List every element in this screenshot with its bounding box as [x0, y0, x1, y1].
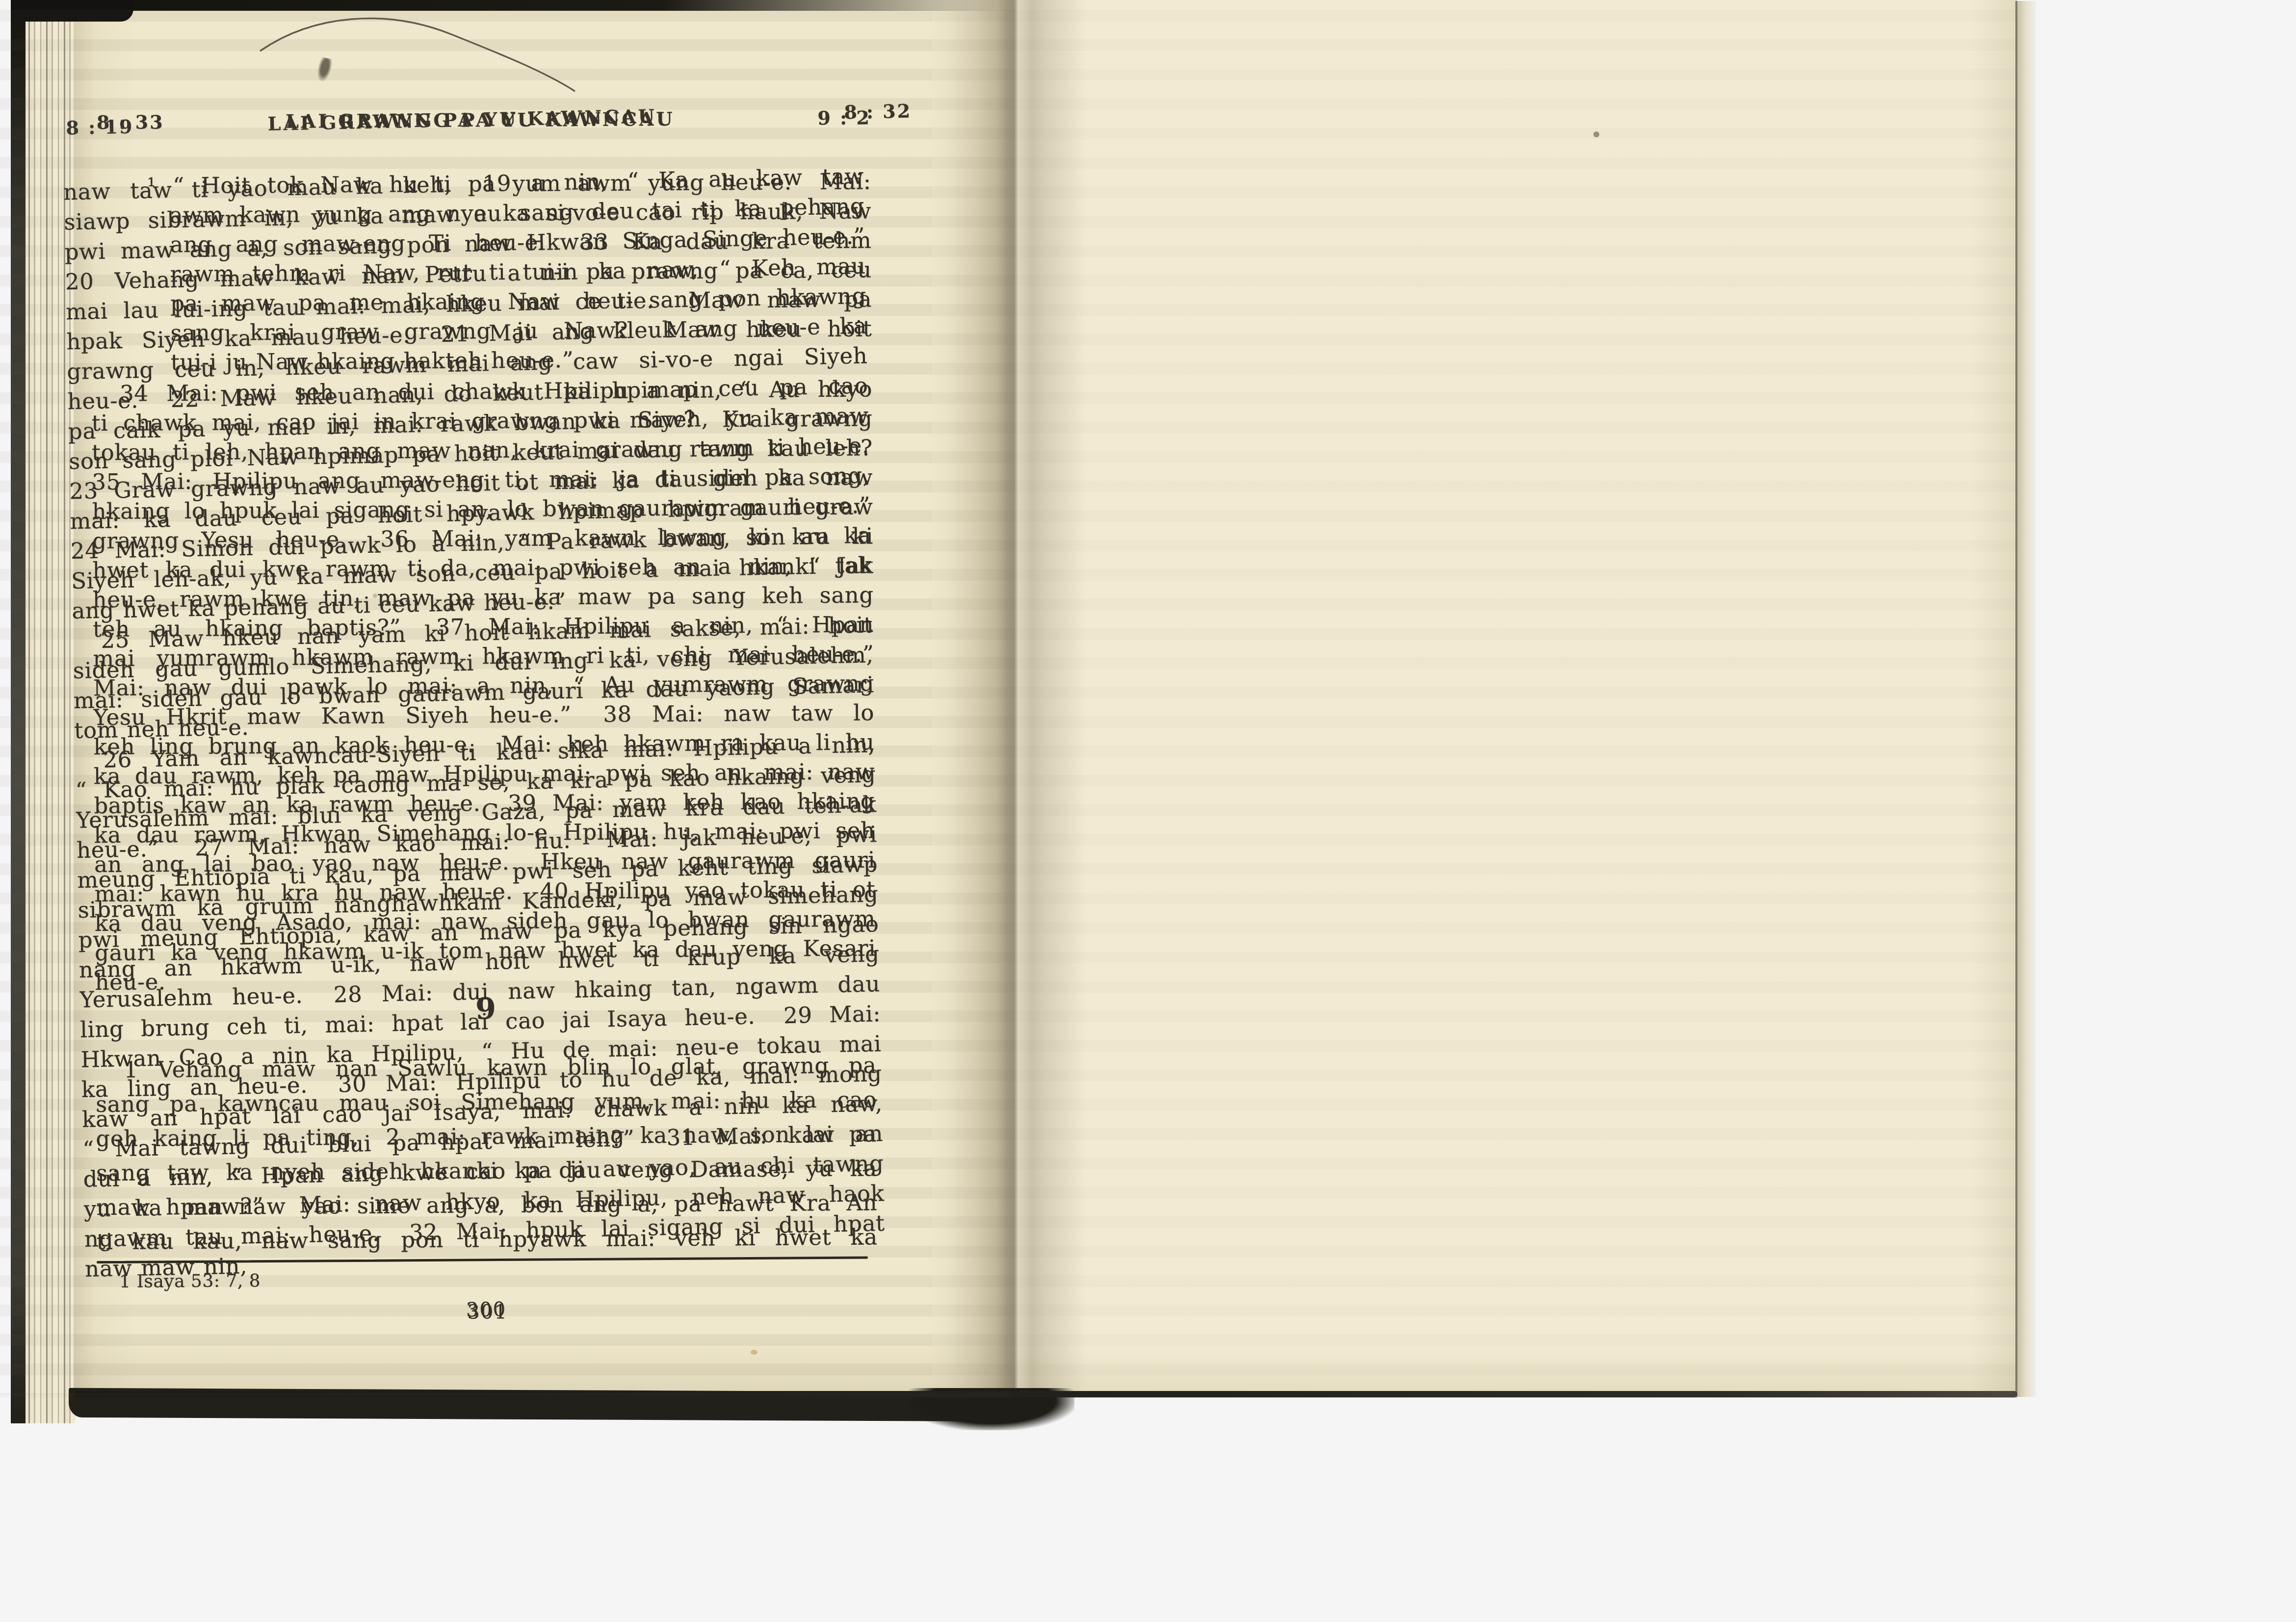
text-line: teh au hkaing baptis?” 37 Mai: Hpilipu a… — [93, 610, 874, 644]
text-line: awm kawn yung ang nye ka si-vo-e cao rip… — [170, 196, 871, 230]
text-line: Mai: naw dui pawk lo mai: a nin, “ Au yu… — [93, 669, 874, 703]
text-line: 34 Mai: pwi seh an dui chawk Hpilipu a n… — [91, 374, 872, 409]
text-line: ti chawk mai, cao jai in krai grawng pwi… — [91, 404, 872, 438]
right-page-edge — [2015, 1, 2036, 1397]
text-line: rawm tehm ri Naw, rut ti tui-i pa prawng… — [170, 255, 872, 289]
text-line: 1 Vehang maw nan Sawlu kawn blin lo glat… — [95, 1048, 876, 1087]
text-line: ti kau kau, naw sang pon ti hpyawk mai: … — [97, 1220, 878, 1259]
text-line: mai: kawn hu kra hu naw heu-e. 40 Hpilip… — [94, 875, 875, 909]
text-line: sang krai graw grawng ju Naw? Maw hkeu h… — [170, 314, 872, 348]
footnote-reference: 1 Isaya 53: 7, 8 — [119, 1271, 261, 1292]
right-page — [1006, 0, 2017, 1398]
text-line: ka dau rawm, Hkwan Simehang lo-e Hpilipu… — [94, 816, 875, 850]
text-line: keh ling brung an kaok heu-e. Mai: keh h… — [93, 727, 874, 762]
text-line: pa maw pa me hkaing Naw heu-e. Maw maw p… — [170, 284, 872, 318]
text-line: ang ang maw-eng Ti heu-e. 33 Ka dau kra … — [170, 226, 871, 259]
text-line: tui-i ju Naw hkaing hakteh heu-e.” — [171, 343, 872, 377]
right-page-content: 8 : 33 LAI GRAWNG PA YU KAWNCAU 9 : 2 ¹ … — [0, 0, 1012, 1398]
right-page-number: 301 — [97, 1298, 878, 1326]
text-line: sang taw ka nyeh sideh hkanki ka dau ven… — [96, 1151, 877, 1190]
text-line: tokau ti leh, hpan ang maw nan, krai gra… — [92, 433, 873, 467]
text-line: baptis kaw an ka rawm heu-e. 39 Mai: yam… — [94, 786, 875, 821]
right-header-running-title: LAI GRAWNG PA YU KAWNCAU — [90, 106, 871, 137]
paper-speck — [1593, 131, 1599, 137]
text-line: gauri ka veng hkawm u-ik tom naw hwet ka… — [95, 933, 876, 968]
right-header-verse-end: 9 : 2 — [763, 106, 871, 132]
text-line: mai yumrawm hkawm rawm hkawm ri ti, chi … — [93, 639, 874, 673]
right-page-blockquote-column: ¹ “ Hoit tok Naw hu ti pa yum awm yung h… — [169, 167, 872, 377]
right-page-text-column: 34 Mai: pwi seh an dui chawk Hpilipu a n… — [91, 374, 876, 997]
text-line: ka dau veng Asado, mai: naw sideh gau lo… — [95, 904, 876, 938]
text-line: sang pa kawncau mau soi Simehang yum, ma… — [96, 1082, 877, 1122]
chapter-9-text-column: 1 Vehang maw nan Sawlu kawn blin lo glat… — [95, 1048, 878, 1259]
text-line: hwet ka dui kwe rawm ti da, mai: pwi seh… — [92, 551, 873, 585]
text-line: 35 Mai: Hpilipu ang maw-eng ti, mai: ja … — [92, 463, 873, 497]
book-scan: 8 : 19 LAI GRAWNG PA YU KAWNCAU 8 : 32 n… — [0, 0, 2296, 1622]
text-line: ka dau rawm, keh pa maw Hpilipu mai: pwi… — [94, 757, 875, 791]
text-line: ¹ “ Hoit tok Naw hu ti pa yum awm yung h… — [147, 167, 871, 201]
text-line: an ang lai bao yao naw heu-e. Hkeu naw g… — [94, 845, 875, 879]
text-line: Yesu Hkrit maw Kawn Siyeh heu-e.” 38 Mai… — [93, 698, 874, 732]
right-page-tilt-wrap: 8 : 33 LAI GRAWNG PA YU KAWNCAU 9 : 2 ¹ … — [0, 0, 1016, 1401]
text-line: maw hpan naw yao sime ang a, bon ang a, … — [96, 1185, 877, 1225]
text-line: grawng Yesu heu-e. 36 Mai: yam kawn lawn… — [92, 521, 873, 556]
text-line: geh kaing li pa ting, 2 mai: rawk maing … — [96, 1117, 877, 1156]
text-line: hkaing lo hpuk lai sigang si an, lo bwan… — [92, 492, 873, 526]
chapter-number-heading: 9 — [95, 989, 876, 1029]
text-line: heu-e, rawm kwe tin, maw pa yu ka maw pa… — [93, 580, 874, 615]
